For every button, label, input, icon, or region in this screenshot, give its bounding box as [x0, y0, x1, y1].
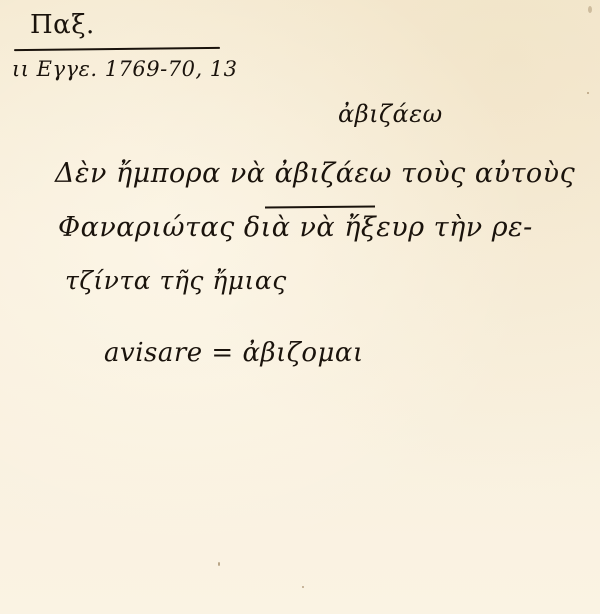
paper-speck [218, 562, 220, 566]
paper-speck [587, 92, 589, 94]
body-line-1: Δὲν ἤμπορα νὰ ἀβιζάεω τοὺς αὐτοὺς [55, 158, 575, 189]
body-line-2: Φαναριώτας διὰ νὰ ἤξευρ τὴν ρε- [58, 212, 533, 243]
strike-overline [265, 206, 375, 209]
interlinear-correction: ἀβιζάεω [338, 100, 443, 128]
manuscript-page: Παξ. ιι Εγγε. 1769-70, 13 ἀβιζάεω Δὲν ἤμ… [0, 0, 600, 614]
body-line-4-gloss: avisare = ἀβιζομαι [104, 338, 364, 368]
body-line-3: τζίντα τῆς ἤμιας [65, 266, 287, 295]
header-reference: ιι Εγγε. 1769-70, 13 [12, 57, 238, 81]
paper-speck [588, 6, 592, 13]
paper-speck [302, 586, 304, 588]
header-title: Παξ. [30, 10, 95, 40]
header-divider [14, 47, 220, 51]
